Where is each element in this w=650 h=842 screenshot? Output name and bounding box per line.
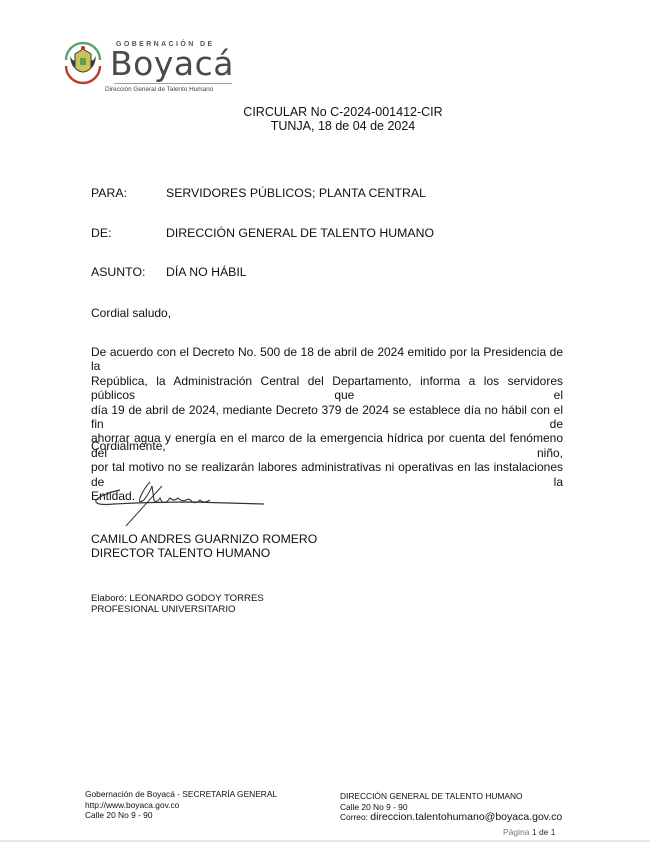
place-date: TUNJA, 18 de 04 de 2024: [18, 119, 650, 133]
footer-website-link[interactable]: http://www.boyaca.gov.co: [85, 800, 277, 811]
handwritten-signature-icon: [92, 478, 272, 528]
page-of: de: [539, 827, 548, 837]
footer-email-link[interactable]: direccion.talentohumano@boyaca.gov.co: [370, 811, 562, 823]
para-label: PARA:: [91, 186, 127, 200]
footer-left: Gobernación de Boyacá - SECRETARÍA GENER…: [85, 789, 277, 821]
gobernacion-logo: GOBERNACIÓN DE Boyacá Dirección General …: [58, 36, 238, 98]
coat-of-arms-icon: [60, 40, 106, 86]
signer-name: CAMILO ANDRES GUARNIZO ROMERO: [91, 532, 317, 546]
para-value: SERVIDORES PÚBLICOS; PLANTA CENTRAL: [166, 186, 426, 200]
closing: Cordialmente,: [91, 439, 166, 453]
footer-dept: DIRECCIÓN GENERAL DE TALENTO HUMANO: [340, 791, 562, 802]
footer-right: DIRECCIÓN GENERAL DE TALENTO HUMANO Call…: [340, 791, 562, 823]
de-value: DIRECCIÓN GENERAL DE TALENTO HUMANO: [166, 226, 434, 240]
page-label: Página: [503, 827, 529, 837]
asunto-label: ASUNTO:: [91, 265, 145, 279]
paragraph-line: De acuerdo con el Decreto No. 500 de 18 …: [91, 345, 563, 374]
footer-email-label: Correo:: [340, 812, 368, 822]
signer-title: DIRECTOR TALENTO HUMANO: [91, 546, 270, 560]
page-total: 1: [551, 827, 556, 837]
logo-main-text: Boyacá: [110, 44, 234, 83]
footer-email-row: Correo: direccion.talentohumano@boyaca.g…: [340, 812, 562, 823]
greeting: Cordial saludo,: [91, 306, 171, 320]
prepared-by-title: PROFESIONAL UNIVERSITARIO: [91, 604, 235, 615]
footer-entity: Gobernación de Boyacá - SECRETARÍA GENER…: [85, 789, 277, 800]
paragraph-line: República, la Administración Central del…: [91, 374, 563, 403]
prepared-by-name: Elaboró: LEONARDO GODOY TORRES: [91, 593, 264, 604]
logo-subtitle: Dirección General de Talento Humano: [105, 86, 213, 93]
asunto-value: DÍA NO HÁBIL: [166, 265, 247, 279]
footer-address: Calle 20 No 9 - 90: [85, 810, 277, 821]
logo-divider: [114, 83, 232, 84]
de-label: DE:: [91, 226, 112, 240]
page-indicator: Página 1 de 1: [503, 827, 556, 837]
paragraph-line: día 19 de abril de 2024, mediante Decret…: [91, 403, 563, 432]
page-current: 1: [532, 827, 537, 837]
circular-number: CIRCULAR No C-2024-001412-CIR: [18, 105, 650, 119]
